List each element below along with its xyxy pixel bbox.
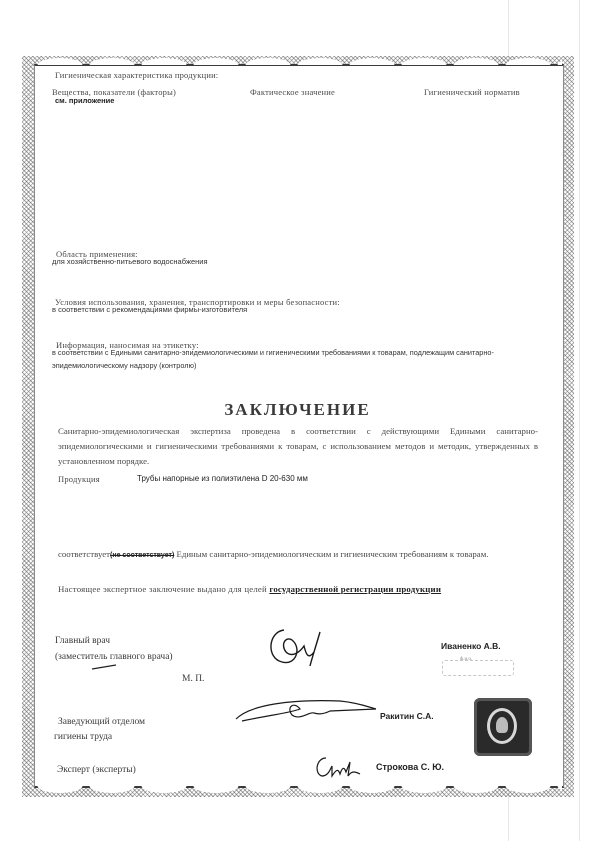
expert-name: Строкова С. Ю.	[376, 762, 444, 772]
issued-statement: Настоящее экспертное заключение выдано д…	[58, 584, 441, 594]
conclusion-intro: Санитарно-эпидемиологическая экспертиза …	[58, 424, 538, 469]
issued-text: Настоящее экспертное заключение выдано д…	[58, 584, 269, 594]
chief-signature	[262, 622, 332, 672]
column-header-hygienic-norm: Гигиенический норматив	[424, 87, 520, 97]
coat-of-arms-icon	[496, 717, 508, 733]
issued-purpose: государственной регистрации продукции	[269, 584, 441, 594]
column-header-actual-value: Фактическое значение	[250, 87, 335, 97]
head-role: Заведующий отделом	[58, 717, 145, 727]
product-value: Трубы напорные из полиэтилена D 20-630 м…	[137, 474, 308, 483]
seal-mark: М. П.	[182, 674, 204, 684]
compliance-statement: соответствует(не соответствует) Единым с…	[58, 547, 538, 563]
head-signature	[230, 695, 380, 725]
conditions-value: в соответствии с рекомендациями фирмы-из…	[52, 305, 247, 314]
chief-role-deputy: (заместитель главного врача)	[55, 652, 173, 662]
head-role-dept: гигиены труда	[54, 732, 112, 742]
pen-mark	[90, 664, 120, 670]
compliance-text: Единым санитарно-эпидемиологическим и ги…	[174, 549, 488, 559]
conclusion-title: ЗАКЛЮЧЕНИЕ	[0, 400, 595, 420]
compliance-struck: (не соответствует)	[110, 552, 174, 559]
faint-stamp	[442, 660, 514, 676]
label-info-value-line1: в соответствии с Едиными санитарно-эпиде…	[52, 348, 494, 357]
expert-signature	[312, 754, 362, 782]
head-name: Ракитин С.А.	[380, 711, 434, 721]
hygienic-value: см. приложение	[55, 96, 114, 105]
product-label: Продукция	[58, 474, 100, 484]
expert-role: Эксперт (эксперты)	[57, 765, 136, 775]
chief-name: Иваненко А.В.	[441, 641, 501, 651]
border-scallop-top	[34, 57, 562, 65]
compliance-prefix: соответствует	[58, 549, 110, 559]
hygienic-heading: Гигиеническая характеристика продукции:	[55, 70, 218, 80]
scope-value: для хозяйственно-питьевого водоснабжения	[52, 257, 208, 266]
scan-streak	[579, 0, 580, 841]
label-info-value-line2: эпидемиологическому надзору (контролю)	[52, 361, 196, 370]
official-seal	[474, 698, 532, 756]
chief-role: Главный врач	[55, 636, 110, 646]
border-scallop-bottom	[34, 786, 562, 794]
